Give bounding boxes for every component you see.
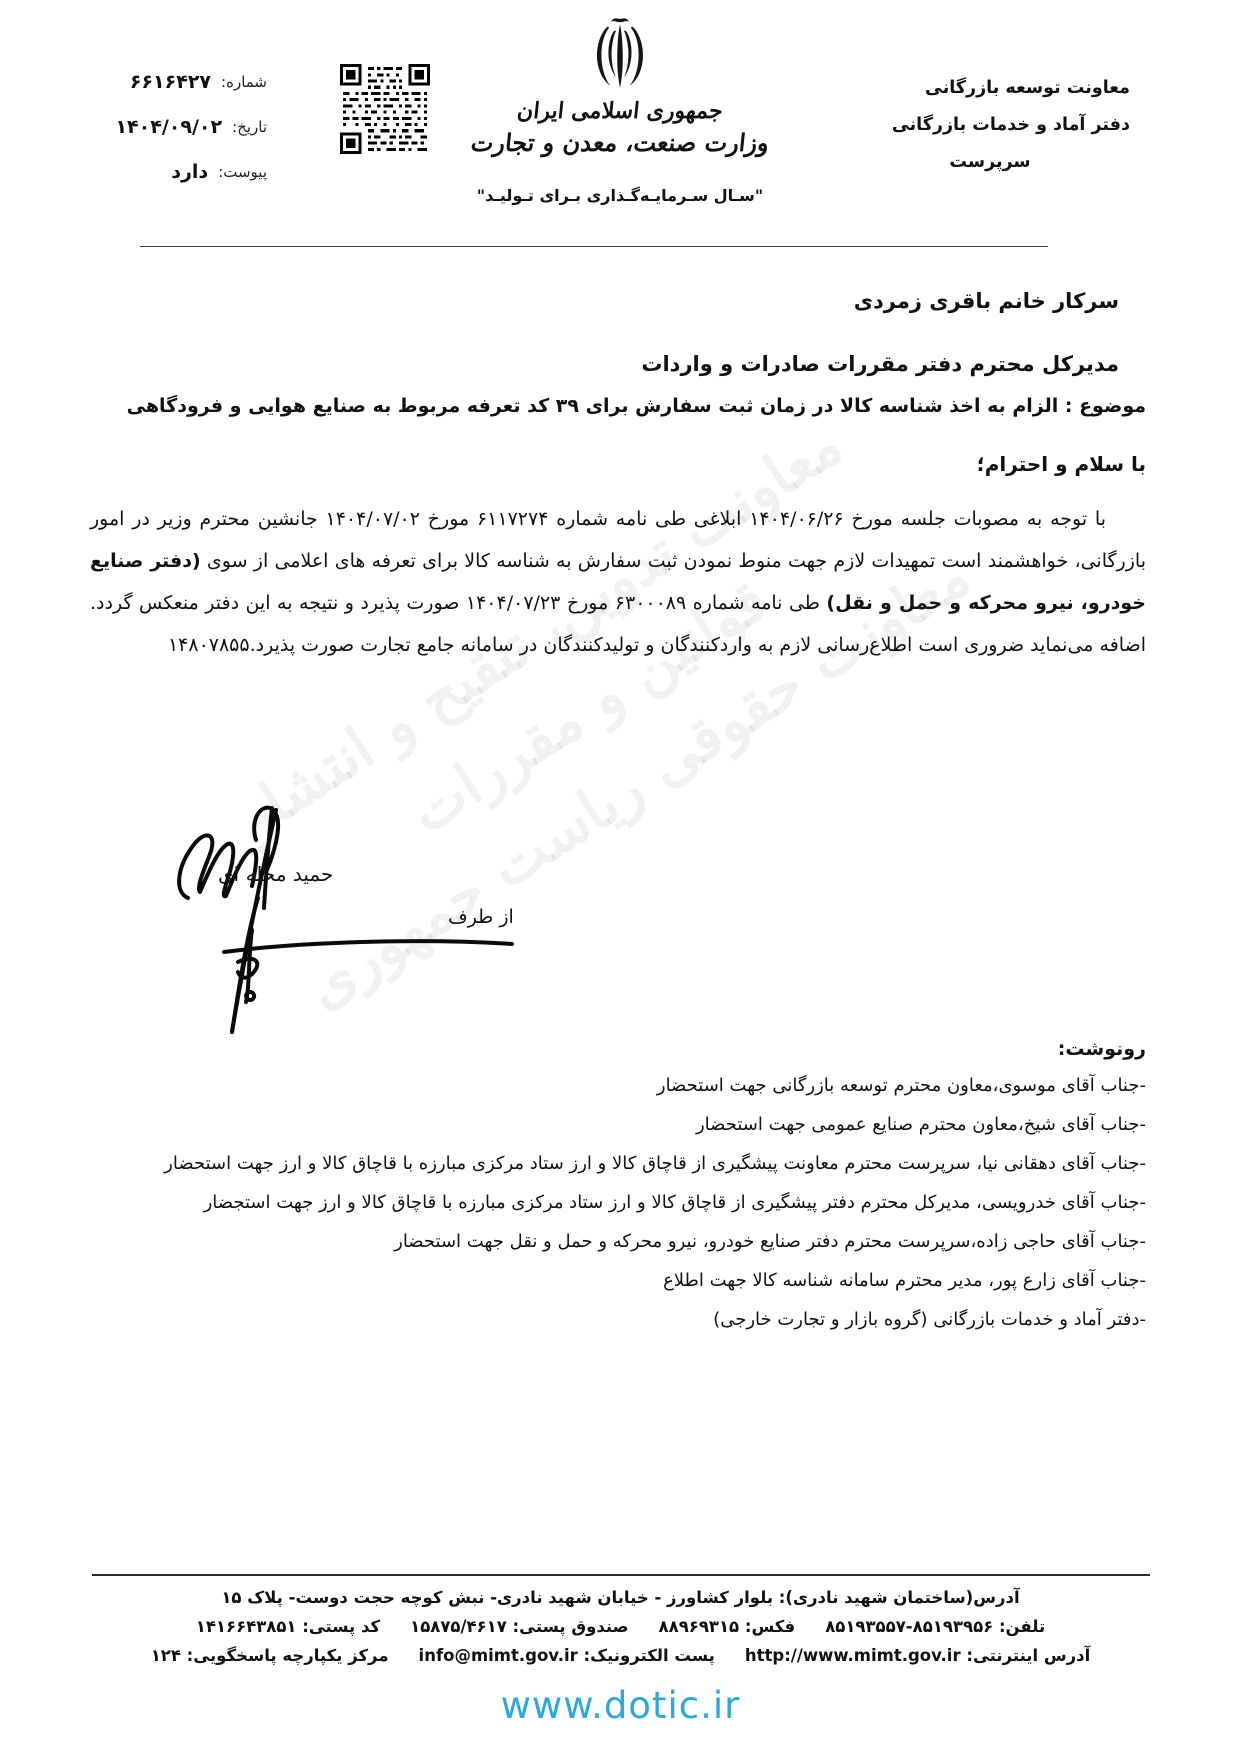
footer-contacts: تلفن: ۸۵۱۹۳۹۵۶-۸۵۱۹۳۵۵۷ فکس: ۸۸۹۶۹۳۱۵ صن… — [60, 1617, 1181, 1636]
department-block: معاونت توسعه بازرگانی دفتر آماد و خدمات … — [850, 70, 1130, 181]
letterhead-center: جمهوری اسلامی ایران وزارت صنعت، معدن و ت… — [470, 16, 770, 157]
footer-phone: تلفن: ۸۵۱۹۳۹۵۶-۸۵۱۹۳۵۵۷ — [825, 1617, 1045, 1636]
recipient-block: سرکار خانم باقری زمردی مدیرکل محترم دفتر… — [95, 270, 1119, 396]
footer-pobox: صندوق پستی: ۱۵۸۷۵/۴۶۱۷ — [410, 1617, 628, 1636]
office-name: دفتر آماد و خدمات بازرگانی — [850, 107, 1130, 144]
greeting-line: با سلام و احترام؛ — [977, 452, 1146, 476]
body-text-1: با توجه به مصوبات جلسه مورخ ۱۴۰۴/۰۶/۲۶ ا… — [90, 508, 1146, 572]
cc-item: -جناب آقای زارع پور، مدیر محترم سامانه ش… — [90, 1261, 1146, 1300]
cc-item: -دفتر آماد و خدمات بازرگانی (گروه بازار … — [90, 1300, 1146, 1339]
footer-links: آدرس اینترنتی: http://www.mimt.gov.ir پس… — [60, 1646, 1181, 1665]
official-letter-page: شماره: ۶۶۱۶۴۲۷ تاریخ: ۱۴۰۴/۰۹/۰۲ پیوست: … — [0, 0, 1241, 1754]
legal-watermark: معاونت تدوین، تنقیح و انتشار قوانین و مق… — [138, 349, 1122, 1191]
on-behalf-label: از طرف — [448, 906, 514, 928]
recipient-name: سرکار خانم باقری زمردی — [95, 270, 1119, 333]
footer-postalcode: کد پستی: ۱۴۱۶۶۴۳۸۵۱ — [196, 1617, 380, 1636]
dotic-url[interactable]: www.dotic.ir — [501, 1684, 741, 1727]
footer-callcenter: مرکز یکپارچه پاسخگویی: ۱۲۴ — [151, 1646, 389, 1665]
year-slogan: "سـال سـرمایـه‌گـذاری بـرای تـولیـد" — [400, 186, 840, 205]
header-divider — [140, 246, 1048, 247]
cc-title: رونوشت: — [1058, 1038, 1146, 1060]
government-name: جمهوری اسلامی ایران — [469, 98, 772, 124]
letter-attachment-row: پیوست: دارد — [95, 149, 267, 194]
cc-item: -جناب آقای موسوی،معاون محترم توسعه بازرگ… — [90, 1066, 1146, 1105]
letter-attachment-value: دارد — [171, 161, 208, 183]
cc-list: -جناب آقای موسوی،معاون محترم توسعه بازرگ… — [90, 1066, 1146, 1339]
letter-body: با توجه به مصوبات جلسه مورخ ۱۴۰۴/۰۶/۲۶ ا… — [90, 498, 1146, 666]
letter-date-row: تاریخ: ۱۴۰۴/۰۹/۰۲ — [95, 104, 267, 149]
cc-item: -جناب آقای حاجی زاده،سرپرست محترم دفتر ص… — [90, 1222, 1146, 1261]
footer-email[interactable]: پست الکترونیک: info@mimt.gov.ir — [419, 1646, 715, 1665]
ministry-name: وزارت صنعت، معدن و تجارت — [468, 128, 771, 157]
footer-fax: فکس: ۸۸۹۶۹۳۱۵ — [659, 1617, 796, 1636]
letter-number-row: شماره: ۶۶۱۶۴۲۷ — [95, 59, 267, 104]
letter-meta-block: شماره: ۶۶۱۶۴۲۷ تاریخ: ۱۴۰۴/۰۹/۰۲ پیوست: … — [95, 59, 267, 194]
iran-emblem-icon — [589, 16, 651, 92]
letter-number-label: شماره: — [221, 73, 267, 91]
qr-code-icon — [340, 64, 430, 154]
cc-item: -جناب آقای خدرویسی، مدیرکل محترم دفتر پی… — [90, 1183, 1146, 1222]
letter-date-value: ۱۴۰۴/۰۹/۰۲ — [115, 116, 222, 138]
role-title: سرپرست — [850, 144, 1130, 181]
footer-divider — [92, 1574, 1150, 1576]
letter-attachment-label: پیوست: — [218, 163, 267, 181]
recipient-title: مدیرکل محترم دفتر مقررات صادرات و واردات — [95, 333, 1119, 396]
cc-item: -جناب آقای دهقانی نیا، سرپرست محترم معاو… — [90, 1144, 1146, 1183]
letter-number-value: ۶۶۱۶۴۲۷ — [130, 71, 211, 93]
footer-address: آدرس(ساختمان شهید نادری): بلوار کشاورز -… — [60, 1588, 1181, 1607]
subject-line: موضوع : الزام به اخذ شناسه کالا در زمان … — [88, 395, 1146, 417]
cc-item: -جناب آقای شیخ،معاون محترم صنایع عمومی ج… — [90, 1105, 1146, 1144]
dotic-watermark-link[interactable]: www.dotic.ir — [0, 1684, 1241, 1727]
deputy-name: معاونت توسعه بازرگانی — [850, 70, 1130, 107]
letter-date-label: تاریخ: — [232, 118, 267, 136]
footer-website[interactable]: آدرس اینترنتی: http://www.mimt.gov.ir — [745, 1646, 1090, 1665]
